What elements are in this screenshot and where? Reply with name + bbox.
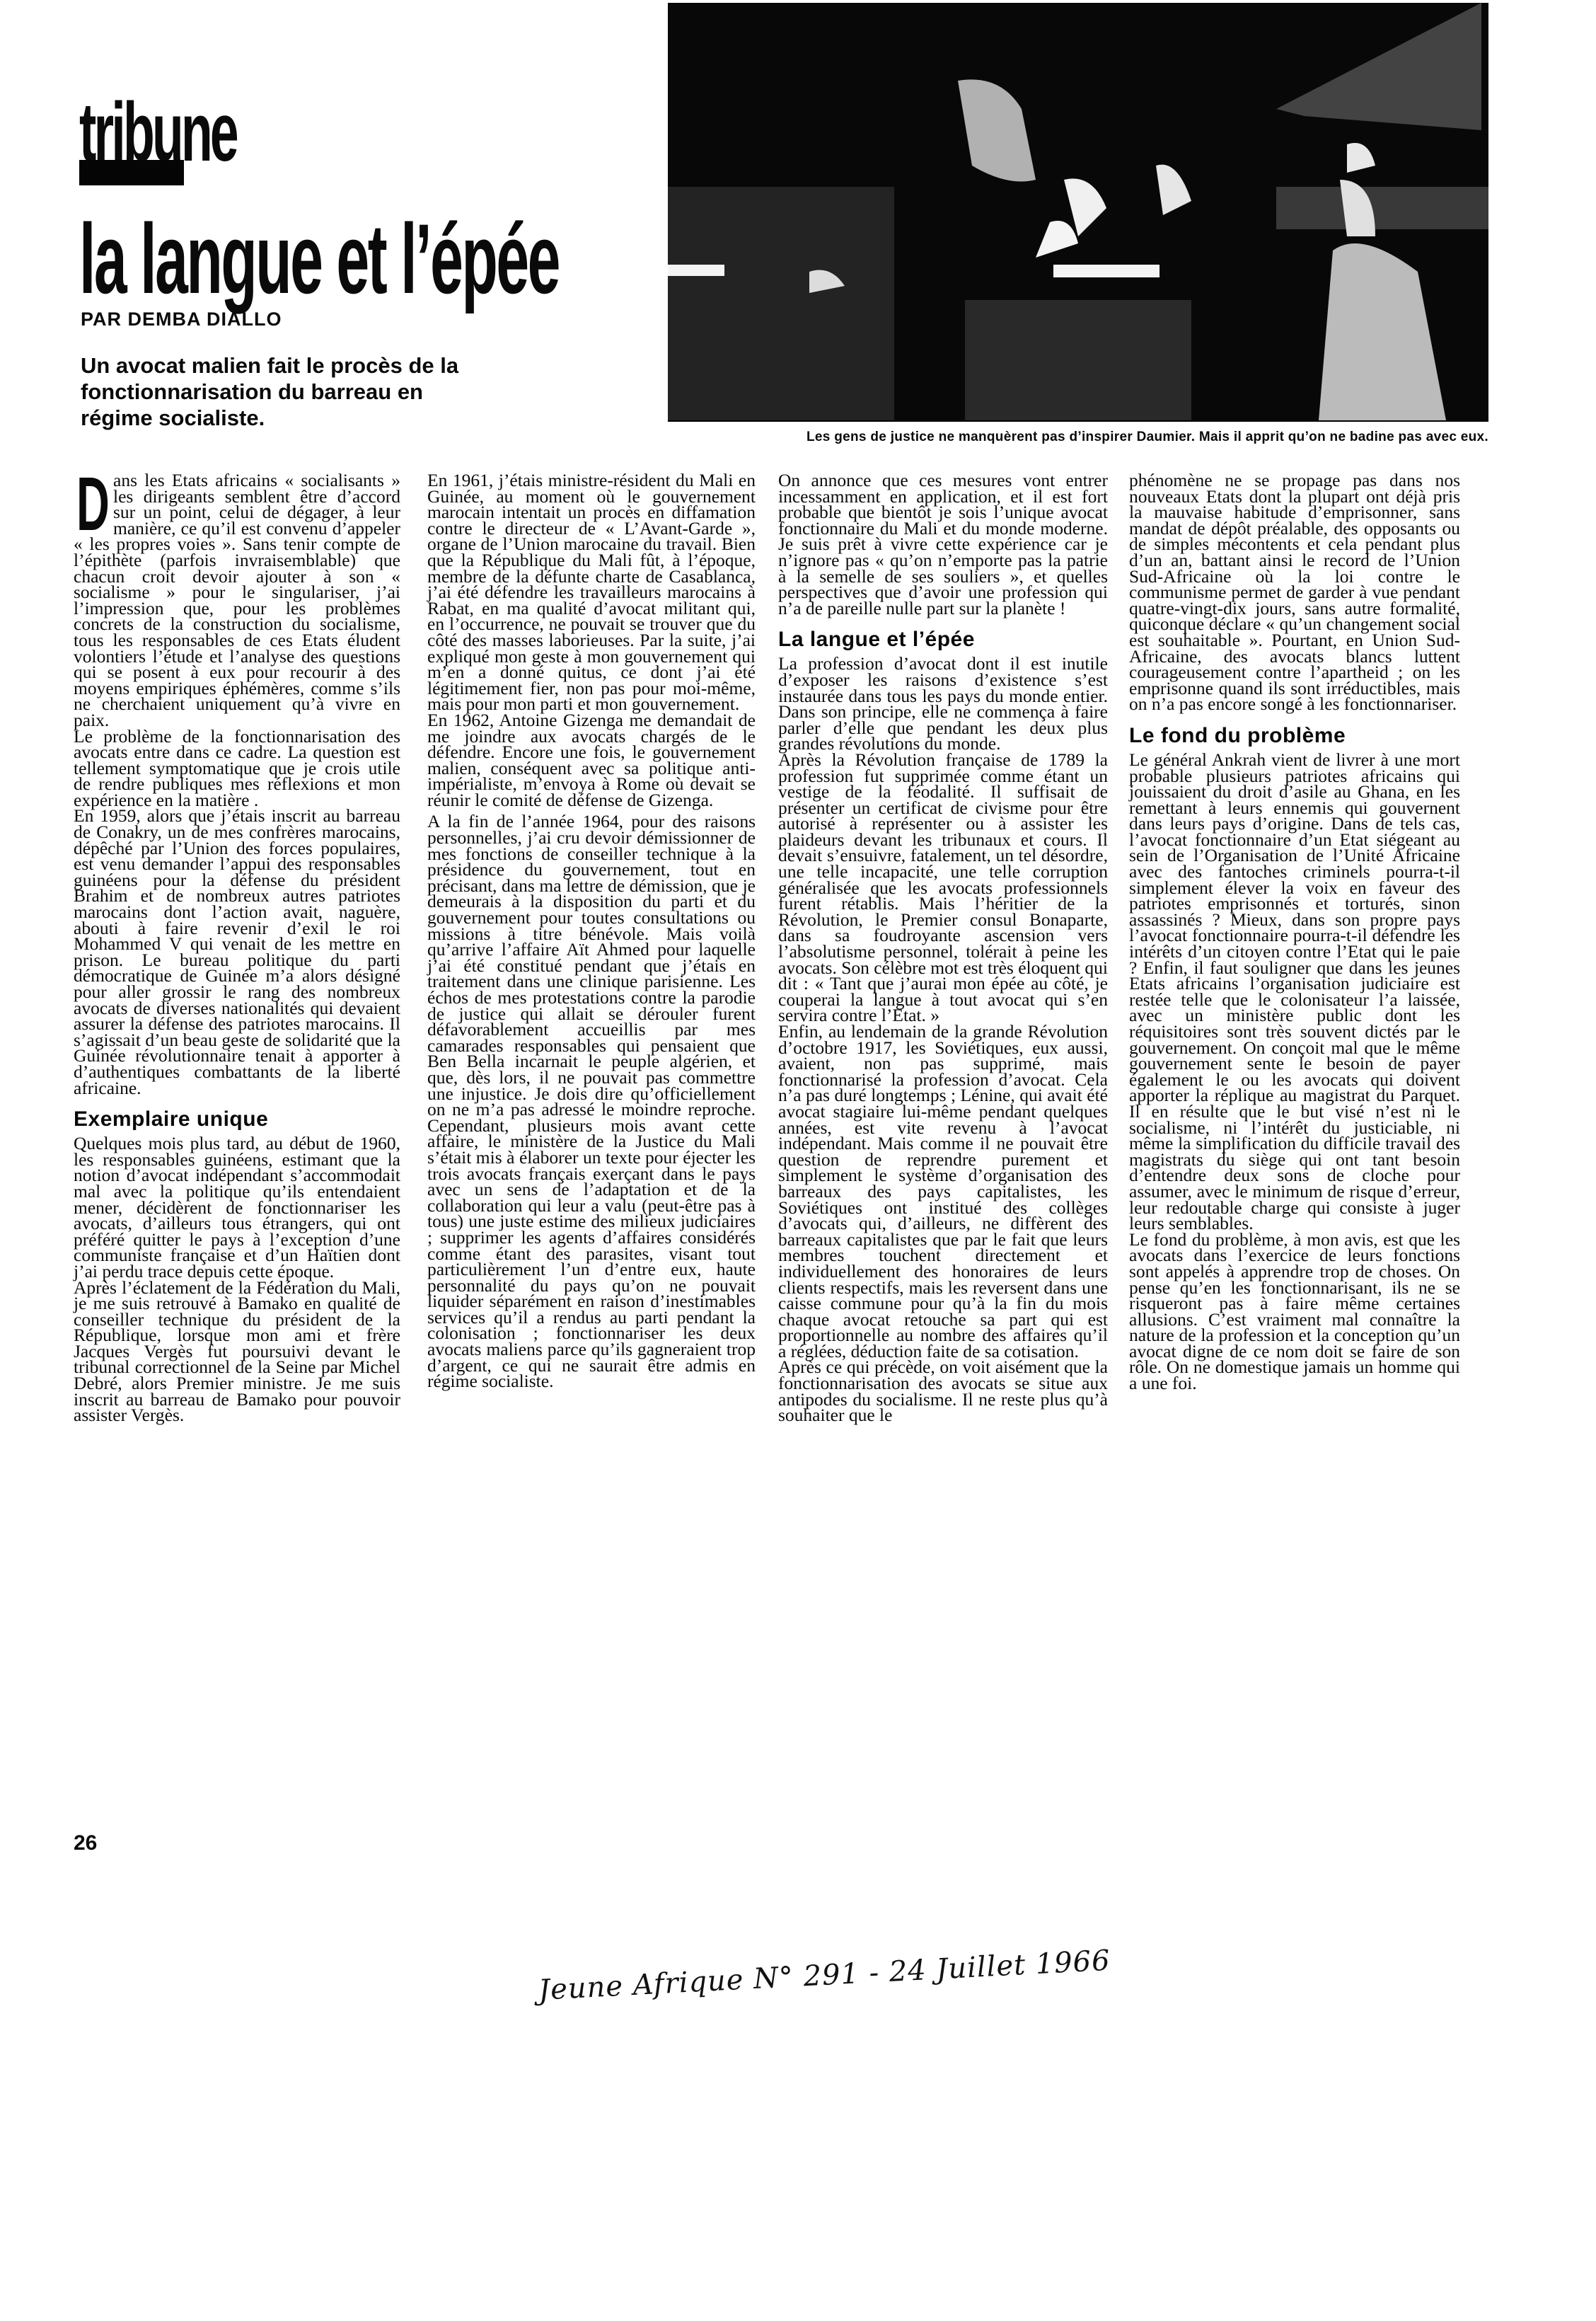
article-column-4: phénomène ne se propage pas dans nos nou…: [1129, 473, 1460, 1392]
paragraph: En 1962, Antoine Gizenga me demandait de…: [427, 713, 756, 809]
paragraph: On annonce que ces mesures vont entrer i…: [778, 473, 1108, 616]
photo-caption: Les gens de justice ne manquèrent pas d’…: [668, 430, 1488, 445]
article-column-1: Dans les Etats africains « socialisants …: [74, 473, 400, 1424]
article-dek: Un avocat malien fait le procès de la fo…: [81, 352, 477, 431]
daumier-illustration: [668, 3, 1488, 422]
byline: PAR DEMBA DIALLO: [81, 309, 282, 330]
drop-cap: D: [76, 474, 94, 535]
paragraph: Enfin, au lendemain de la grande Révolut…: [778, 1024, 1108, 1359]
paragraph: La profession d’avocat dont il est inuti…: [778, 656, 1108, 752]
subheading-exemplaire-unique: Exemplaire unique: [74, 1107, 400, 1131]
paragraph: Après la Révolution française de 1789 la…: [778, 752, 1108, 1024]
paragraph: phénomène ne se propage pas dans nos nou…: [1129, 473, 1460, 713]
paragraph: Le général Ankrah vient de livrer à une …: [1129, 752, 1460, 1232]
magazine-page: tribune la langue et l’épée PAR DEMBA DI…: [0, 0, 1596, 2321]
rubric-bar-divider: [79, 160, 184, 185]
paragraph: En 1959, alors que j’étais inscrit au ba…: [74, 808, 400, 1096]
article-headline: la langue et l’épée: [79, 209, 559, 309]
illustration-image-icon: [668, 3, 1488, 420]
page-number: 26: [74, 1831, 97, 1855]
paragraph: En 1961, j’étais ministre-résident du Ma…: [427, 473, 756, 713]
paragraph: Le problème de la fonctionnarisation des…: [74, 729, 400, 809]
handwritten-annotation: Jeune Afrique N° 291 - 24 Juillet 1966: [538, 1945, 1111, 2007]
subheading-la-langue-et-l-epee: La langue et l’épée: [778, 628, 1108, 652]
subheading-le-fond-du-probleme: Le fond du problème: [1129, 724, 1460, 748]
paragraph: Dans les Etats africains « socialisants …: [74, 473, 400, 729]
paragraph: Quelques mois plus tard, au début de 196…: [74, 1136, 400, 1279]
paragraph: Le fond du problème, à mon avis, est que…: [1129, 1232, 1460, 1392]
paragraph: A la fin de l’année 1964, pour des raiso…: [427, 814, 756, 1389]
article-column-2: En 1961, j’étais ministre-résident du Ma…: [427, 473, 756, 1390]
paragraph: Après l’éclatement de la Fédération du M…: [74, 1280, 400, 1424]
article-column-3: On annonce que ces mesures vont entrer i…: [778, 473, 1108, 1424]
paragraph: Après ce qui précède, on voit aisément q…: [778, 1359, 1108, 1423]
